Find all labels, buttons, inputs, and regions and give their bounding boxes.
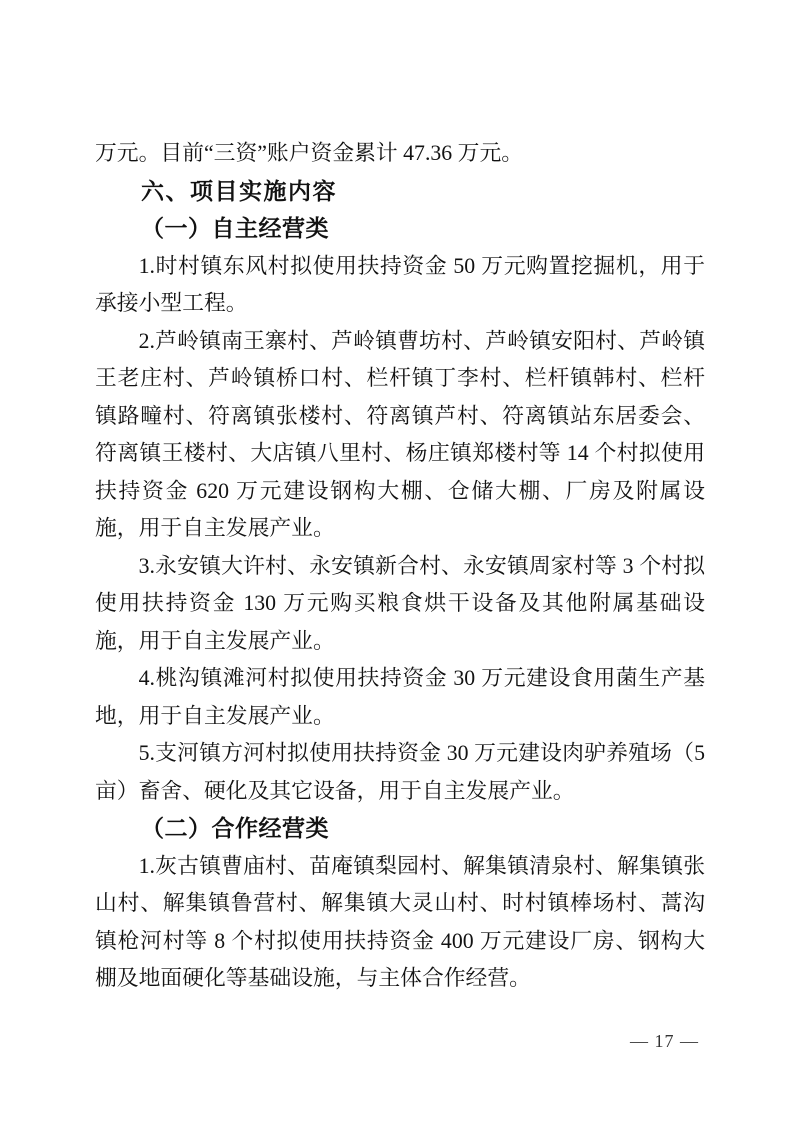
document-page: 万元。目前“三资”账户资金累计 47.36 万元。 六、项目实施内容 （一）自主… [0,0,793,1122]
numbered-paragraph-self-3: 3.永安镇大许村、永安镇新合村、永安镇周家村等 3 个村拟使用扶持资金 130 … [95,548,705,661]
subsection-heading-cooperative-operation: （二）合作经营类 [95,810,705,848]
document-body: 万元。目前“三资”账户资金累计 47.36 万元。 六、项目实施内容 （一）自主… [95,135,705,998]
numbered-paragraph-self-2: 2.芦岭镇南王寨村、芦岭镇曹坊村、芦岭镇安阳村、芦岭镇王老庄村、芦岭镇桥口村、栏… [95,323,705,548]
paragraph-continuation: 万元。目前“三资”账户资金累计 47.36 万元。 [95,135,705,173]
numbered-paragraph-coop-1: 1.灰古镇曹庙村、苗庵镇梨园村、解集镇清泉村、解集镇张山村、解集镇鲁营村、解集镇… [95,848,705,998]
numbered-paragraph-self-4: 4.桃沟镇滩河村拟使用扶持资金 30 万元建设食用菌生产基地，用于自主发展产业。 [95,660,705,735]
subsection-heading-self-operation: （一）自主经营类 [95,210,705,248]
section-heading-project-implementation: 六、项目实施内容 [95,173,705,211]
numbered-paragraph-self-5: 5.支河镇方河村拟使用扶持资金 30 万元建设肉驴养殖场（5亩）畜舍、硬化及其它… [95,735,705,810]
page-number: — 17 — [630,1029,699,1053]
numbered-paragraph-self-1: 1.时村镇东风村拟使用扶持资金 50 万元购置挖掘机，用于承接小型工程。 [95,248,705,323]
